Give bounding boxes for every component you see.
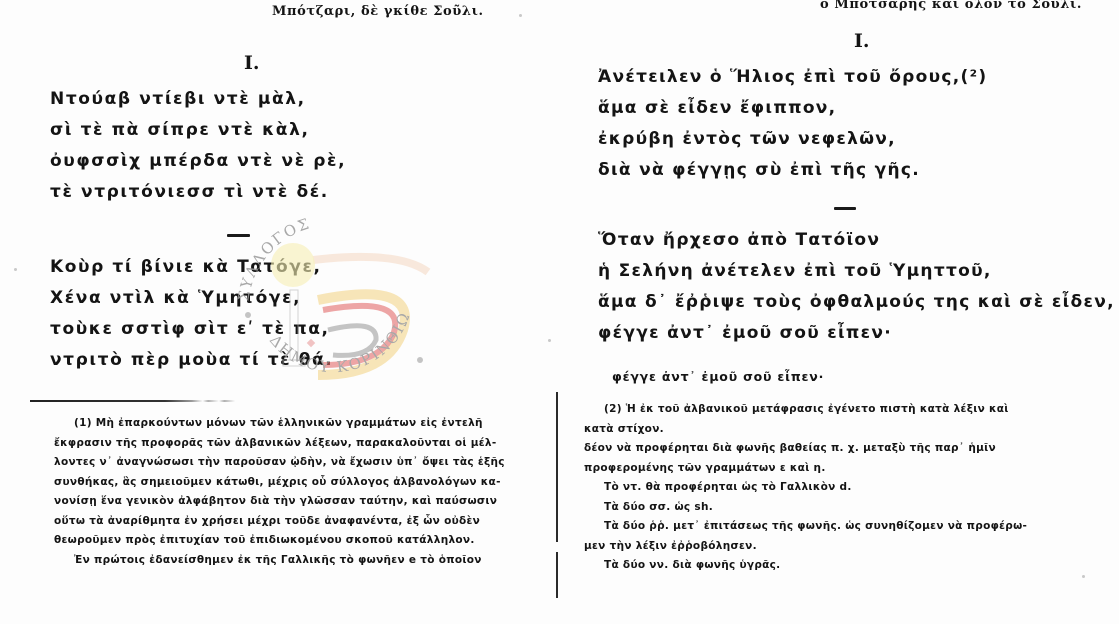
- footnote-line: δέον νὰ προφέρηται διὰ φωνῆς βαθείας π. …: [584, 439, 1027, 459]
- footnote-line: Τὸ ντ. θὰ προφέρηται ὡς τὸ Γαλλικὸν d.: [584, 478, 1027, 498]
- footnote-line: ἔκφρασιν τῆς προφορᾶς τῶν ἀλβανικῶν λέξε…: [54, 434, 505, 454]
- verse-line: Ἀνέτειλεν ὁ Ἥλιος ἐπὶ τοῦ ὄρους,(²): [598, 62, 987, 93]
- verse-line: ἐκρύβη ἐντὸς τῶν νεφελῶν,: [598, 124, 987, 155]
- verse-line: ντριτὸ πὲρ μοὺα τί τὲ θά.: [50, 345, 333, 376]
- verse-line: ἡ Σελήνη ἀνέτελεν ἐπὶ τοῦ Ὑμηττοῦ,: [598, 256, 1115, 287]
- right-header-caption: ὁ Μπότσαρης καὶ ὅλον τὸ Σοῦλι.: [820, 0, 1082, 12]
- verse-line: διὰ νὰ φέγγῃς σὺ ἐπὶ τῆς γῆς.: [598, 155, 987, 186]
- scan-speck: [519, 14, 522, 17]
- left-section-numeral: I.: [244, 52, 260, 74]
- verse-line: Χένα ντὶλ κὰ Ὑμητόγε,: [50, 283, 333, 314]
- verse-line: Ντούαβ ντίεβι ντὲ μὰλ,: [50, 84, 346, 115]
- footnote-rule: [30, 400, 300, 402]
- left-stanza-1: Ντούαβ ντίεβι ντὲ μὰλ, σὶ τὲ πὰ σίπρε ντ…: [50, 84, 346, 208]
- footnote-line: Ἐν πρώτοις ἐδανείσθημεν ἐκ τῆς Γαλλικῆς …: [54, 551, 505, 571]
- column-divider: [556, 552, 558, 598]
- scan-speck: [548, 339, 551, 342]
- right-repeat-line: φέγγε ἀντ᾽ ἐμοῦ σοῦ εἶπεν·: [612, 369, 824, 384]
- left-footnote: (1) Μὴ ἐπαρκούντων μόνων τῶν ἑλληνικῶν γ…: [54, 414, 505, 570]
- scan-speck: [1082, 575, 1085, 578]
- scan-speck: [14, 268, 17, 271]
- verse-line: ἅμα δ᾽ ἔῤῥιψε τοὺς ὀφθαλμούς της καὶ σὲ …: [598, 287, 1115, 318]
- footnote-line: Τὰ δύο ῥῥ. μετ᾽ ἐπιτάσεως τῆς φωνῆς. ὡς …: [584, 517, 1027, 537]
- verse-line: τοὺκε σστὶφ σὶτ εʹ τὲ πα,: [50, 314, 333, 345]
- left-stanza-separator: [227, 234, 250, 237]
- footnote-line: προφερομένης τῶν γραμμάτων ε καὶ η.: [584, 459, 1027, 479]
- footnote-line: θεωροῦμεν πρὸς ἐπιτυχίαν τοῦ ἐπιδιωκομέν…: [54, 531, 505, 551]
- right-stanza-2: Ὅταν ἤρχεσο ἀπὸ Τατόϊον ἡ Σελήνη ἀνέτελε…: [598, 225, 1115, 349]
- column-divider: [556, 392, 558, 542]
- verse-line: ὀυφσσὶχ μπέρδα ντὲ νὲ ρὲ,: [50, 146, 346, 177]
- footnote-line: συνθήκας, ἃς σημειοῦμεν κάτωθι, μέχρις ο…: [54, 473, 505, 493]
- right-stanza-1: Ἀνέτειλεν ὁ Ἥλιος ἐπὶ τοῦ ὄρους,(²) ἅμα …: [598, 62, 987, 186]
- verse-line: Κοὺρ τί βίνιε κὰ Τατόγε,: [50, 252, 333, 283]
- footnote-line: λοντες ν᾽ ἀναγνώσωσι τὴν παροῦσαν ᾠδὴν, …: [54, 453, 505, 473]
- right-stanza-separator: [834, 207, 856, 210]
- footnote-line: μεν τὴν λέξιν ἐῤῥοβόλησεν.: [584, 537, 1027, 557]
- left-stanza-2: Κοὺρ τί βίνιε κὰ Τατόγε, Χένα ντὶλ κὰ Ὑμ…: [50, 252, 333, 376]
- footnote-line: (1) Μὴ ἐπαρκούντων μόνων τῶν ἑλληνικῶν γ…: [54, 414, 505, 434]
- verse-line: τὲ ντριτόνιεσσ τὶ ντὲ δέ.: [50, 177, 346, 208]
- verse-line: φέγγε ἀντ᾽ ἐμοῦ σοῦ εἶπεν·: [598, 318, 1115, 349]
- footnote-line: Τὰ δύο νν. διὰ φωνῆς ὑγρᾶς.: [584, 556, 1027, 576]
- footnote-line: Τὰ δύο σσ. ὡς sh.: [584, 498, 1027, 518]
- footnote-line: οὕτω τὰ ἀναρίθμητα ἐν χρήσει μέχρι τοῦδε…: [54, 512, 505, 532]
- verse-line: Ὅταν ἤρχεσο ἀπὸ Τατόϊον: [598, 225, 1115, 256]
- footnote-line: (2) Ἡ ἐκ τοῦ ἀλβανικοῦ μετάφρασις ἐγένετ…: [584, 400, 1027, 420]
- verse-line: ἅμα σὲ εἶδεν ἔφιππον,: [598, 93, 987, 124]
- footnote-line: νονίσῃ ἕνα γενικὸν ἀλφάβητον διὰ τὴν γλῶ…: [54, 492, 505, 512]
- right-footnote: (2) Ἡ ἐκ τοῦ ἀλβανικοῦ μετάφρασις ἐγένετ…: [584, 400, 1027, 576]
- scanned-page: Μπότζαρι, δὲ γκίθε Σοῦλι. ὁ Μπότσαρης κα…: [0, 0, 1119, 624]
- right-section-numeral: I.: [854, 30, 870, 52]
- verse-line: σὶ τὲ πὰ σίπρε ντὲ κὰλ,: [50, 115, 346, 146]
- footnote-line: κατὰ στίχον.: [584, 420, 1027, 440]
- left-header-caption: Μπότζαρι, δὲ γκίθε Σοῦλι.: [272, 4, 484, 19]
